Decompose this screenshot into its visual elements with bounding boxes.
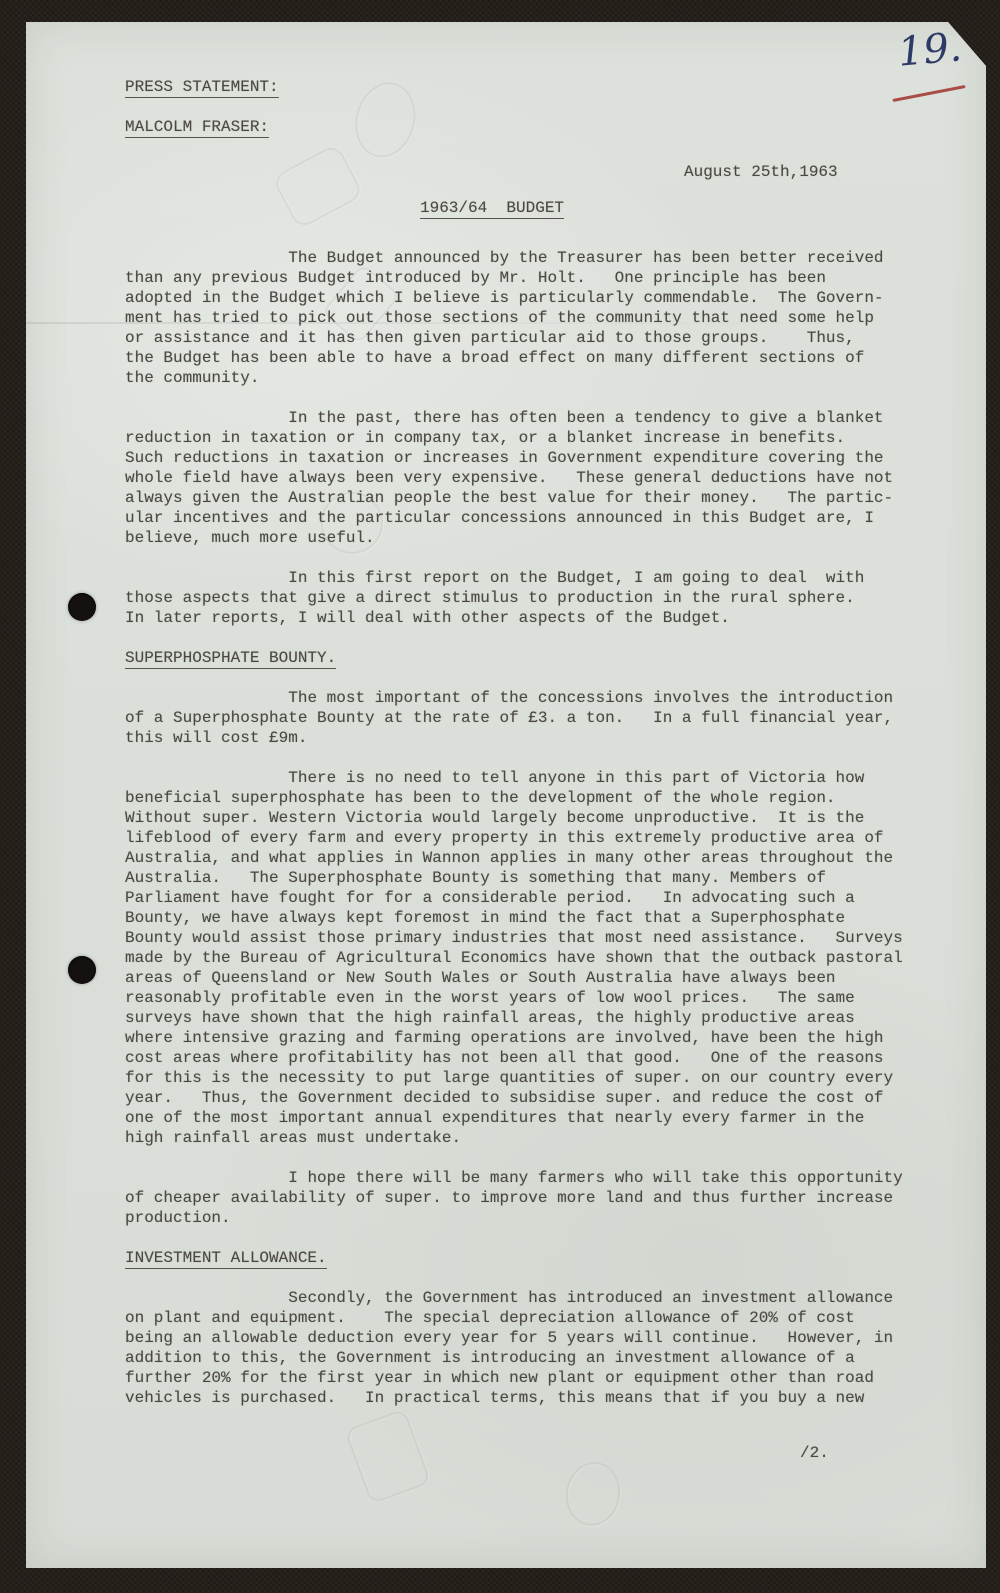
document-title-text: 1963/64 BUDGET: [420, 199, 564, 219]
date-line: August 25th,1963: [684, 162, 838, 182]
press-statement-text: PRESS STATEMENT:: [125, 78, 279, 98]
press-statement-label: PRESS STATEMENT:: [125, 77, 279, 97]
section-heading-investment: INVESTMENT ALLOWANCE.: [125, 1248, 945, 1268]
author-label: MALCOLM FRASER:: [125, 117, 269, 137]
page-continuation-marker: /2.: [800, 1443, 829, 1463]
paragraph-bounty-3: I hope there will be many farmers who wi…: [125, 1168, 945, 1228]
document-body: The Budget announced by the Treasurer ha…: [125, 248, 945, 1428]
embossed-stamp-mark: [271, 143, 364, 230]
embossed-stamp-mark: [347, 76, 424, 165]
red-underline-mark: [892, 85, 965, 102]
document-title: 1963/64 BUDGET: [420, 198, 564, 218]
paragraph-bounty-2: There is no need to tell anyone in this …: [125, 768, 945, 1148]
embossed-stamp-mark: [561, 1458, 625, 1530]
paragraph-investment-1: Secondly, the Government has introduced …: [125, 1288, 945, 1408]
paragraph-bounty-1: The most important of the concessions in…: [125, 688, 945, 748]
section-heading-superphosphate-text: SUPERPHOSPHATE BOUNTY.: [125, 649, 336, 669]
section-heading-investment-text: INVESTMENT ALLOWANCE.: [125, 1249, 327, 1269]
handwritten-page-number: 19.: [896, 25, 963, 74]
paragraph-intro-1: The Budget announced by the Treasurer ha…: [125, 248, 945, 388]
paragraph-intro-2: In the past, there has often been a tend…: [125, 408, 945, 548]
punch-hole-top: [68, 593, 96, 621]
author-text: MALCOLM FRASER:: [125, 118, 269, 138]
paragraph-intro-3: In this first report on the Budget, I am…: [125, 568, 945, 628]
section-heading-superphosphate: SUPERPHOSPHATE BOUNTY.: [125, 648, 945, 668]
document-page: 19. PRESS STATEMENT: MALCOLM FRASER: Aug…: [26, 22, 986, 1568]
punch-hole-bottom: [68, 956, 96, 984]
scan-background: 19. PRESS STATEMENT: MALCOLM FRASER: Aug…: [0, 0, 1000, 1593]
